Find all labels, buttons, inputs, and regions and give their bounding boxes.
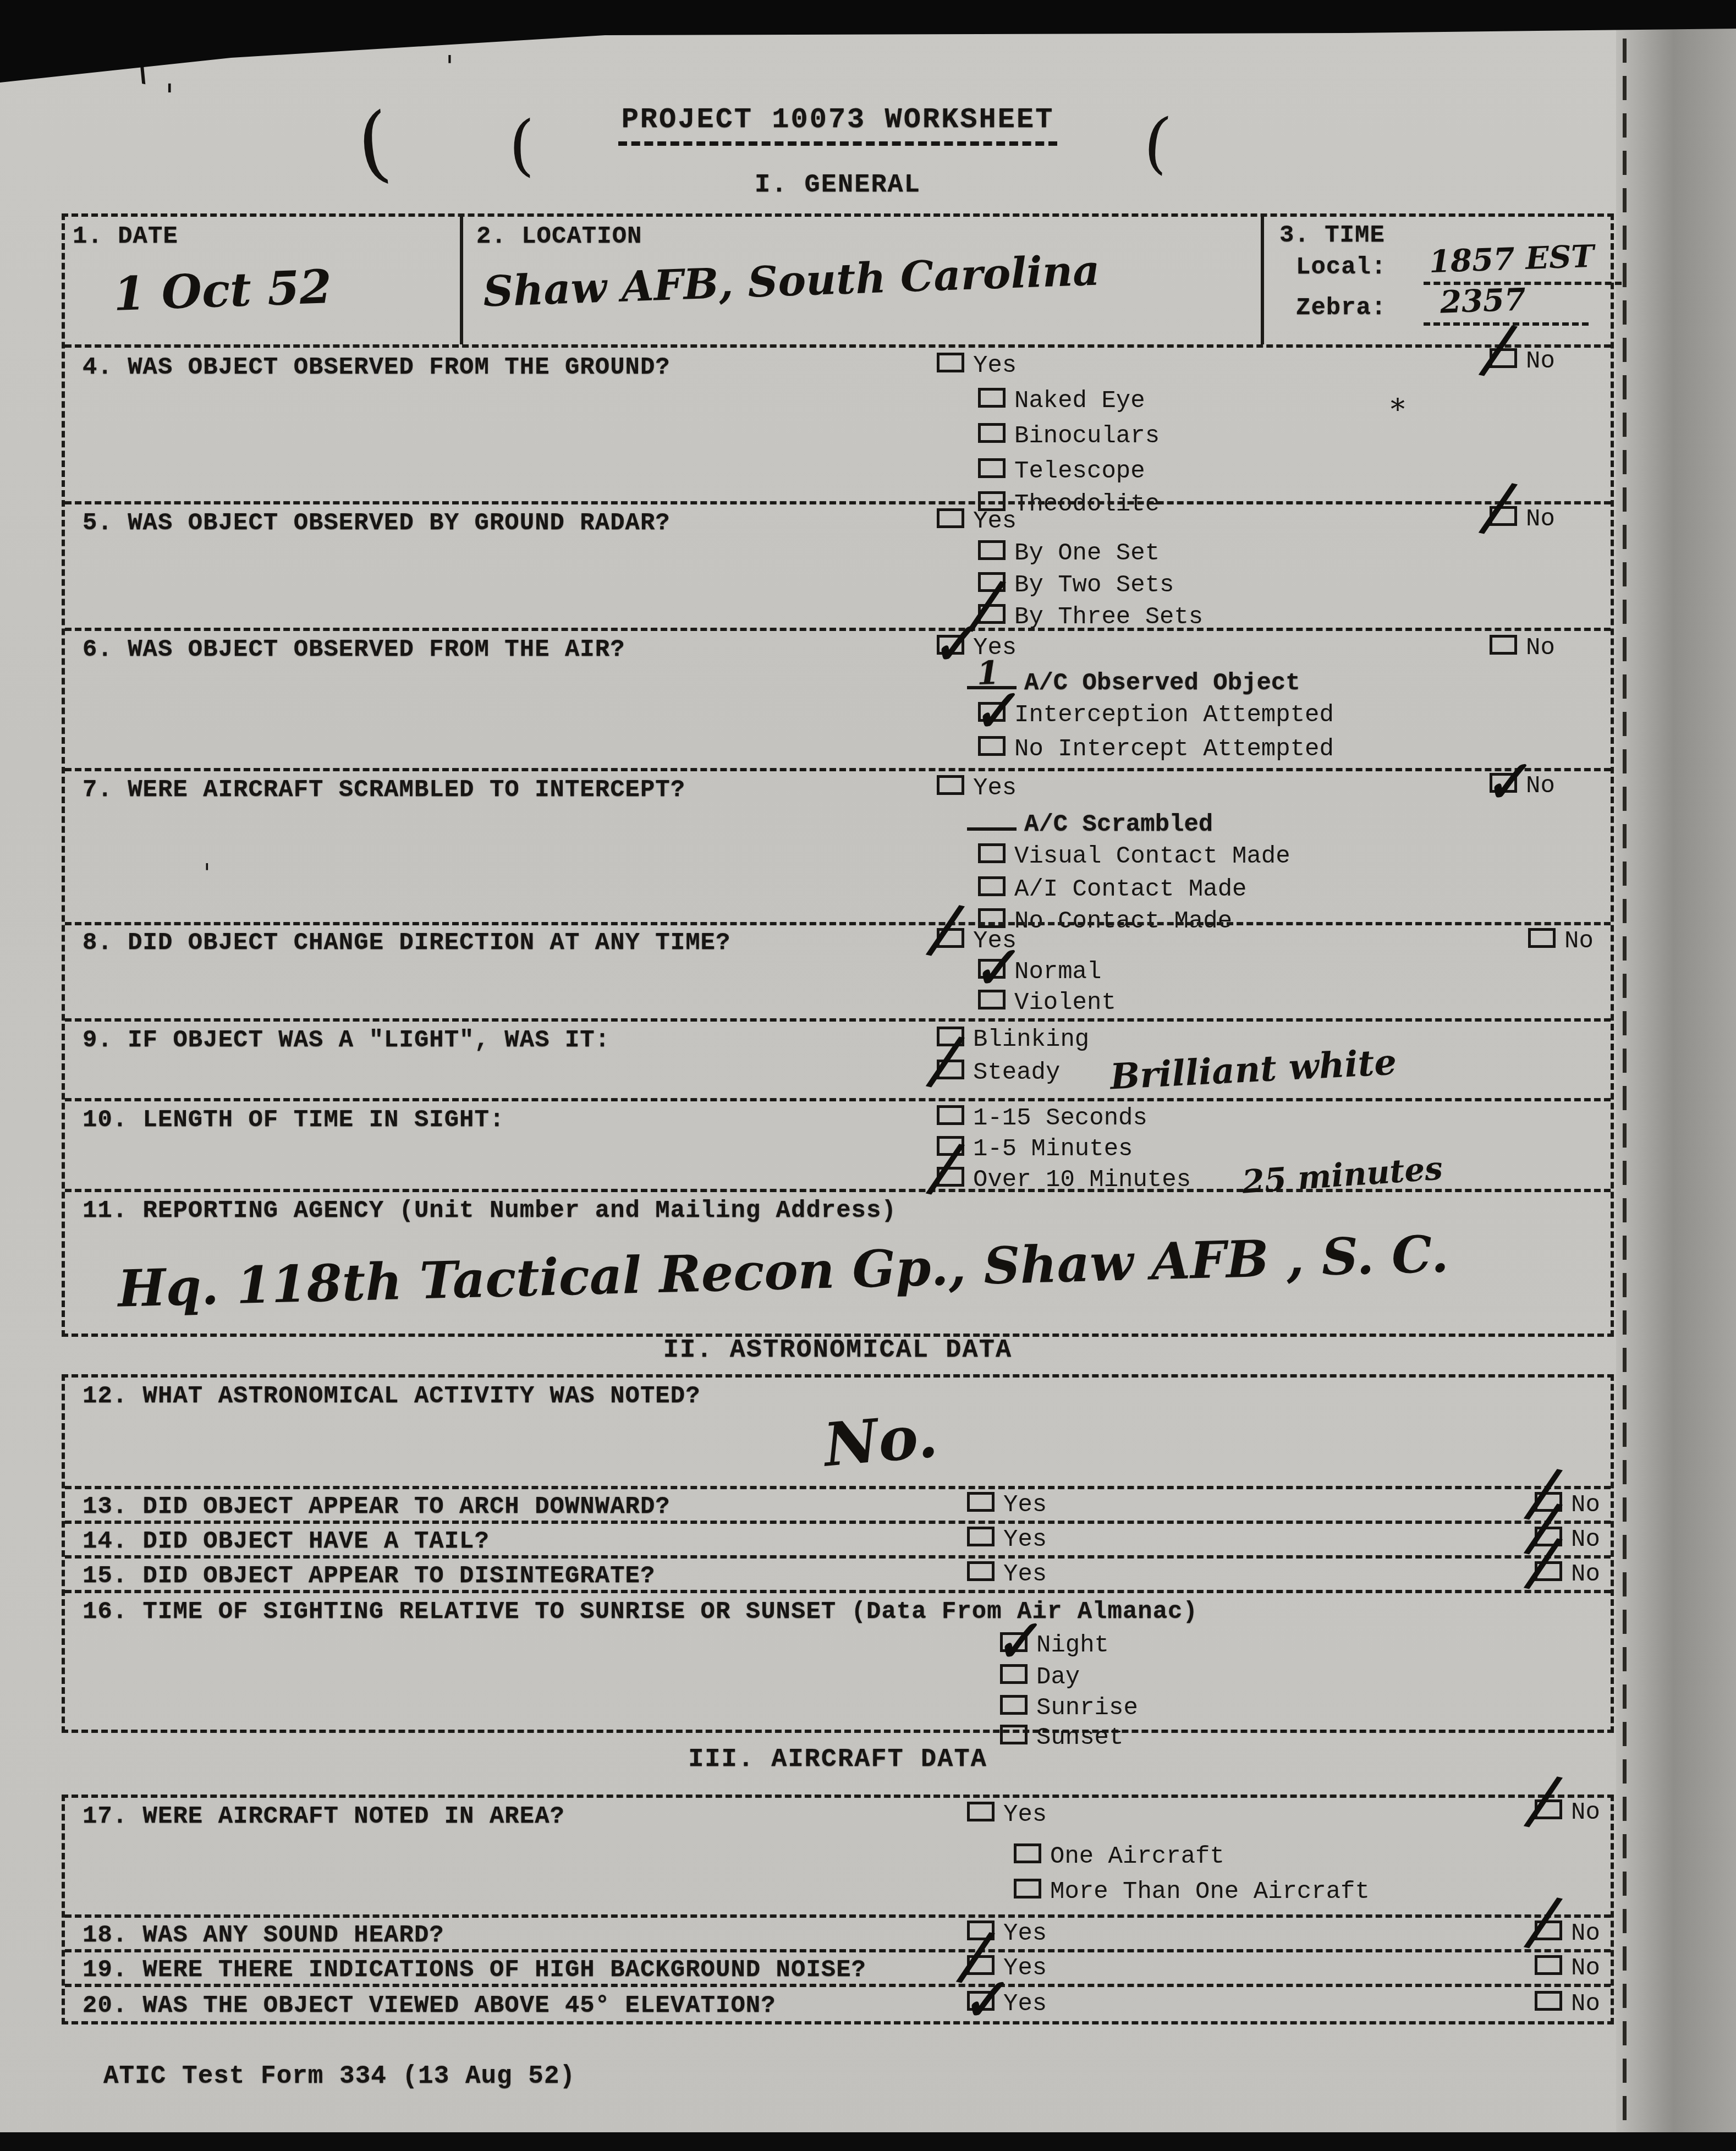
q14-no-checkbox[interactable]: No (1535, 1526, 1600, 1554)
checkbox[interactable] (1014, 1843, 1041, 1863)
q6-no-checkbox[interactable]: No (1490, 634, 1555, 662)
checkbox[interactable] (967, 1561, 995, 1581)
section-ii-heading: II. ASTRONOMICAL DATA (62, 1336, 1614, 1365)
astronomical-table: 12. WHAT ASTRONOMICAL ACTIVITY WAS NOTED… (62, 1374, 1614, 1733)
checkbox[interactable] (967, 1802, 995, 1821)
checkbox[interactable] (978, 604, 1006, 624)
local-time-value: 1857 EST (1429, 238, 1595, 280)
checkbox[interactable] (967, 1955, 995, 1975)
question-16-row: 16. TIME OF SIGHTING RELATIVE TO SUNRISE… (65, 1590, 1611, 1730)
checkbox[interactable] (1490, 635, 1517, 655)
q8-sub-normal[interactable]: Normal (978, 958, 1101, 986)
checkbox[interactable] (978, 423, 1006, 443)
question-11-row: 11. REPORTING AGENCY (Unit Number and Ma… (65, 1189, 1611, 1334)
scanned-form-page: ?. \ ' ( ( ( ' * ' PROJECT 10073 WORKSHE… (0, 0, 1736, 2151)
date-value: 1 Oct 52 (112, 259, 332, 321)
q9-steady-checkbox[interactable]: Steady (937, 1059, 1060, 1087)
reporting-agency-value: Hq. 118th Tactical Recon Gp., Shaw AFB ,… (117, 1224, 1449, 1318)
checkbox[interactable] (1490, 506, 1517, 526)
fill-in-line[interactable]: 1 (967, 667, 1017, 689)
question-6-row: 6. WAS OBJECT OBSERVED FROM THE AIR? Yes… (65, 628, 1611, 768)
section-iii-heading: III. AIRCRAFT DATA (62, 1745, 1614, 1774)
scan-bottom-band (0, 2132, 1736, 2151)
checkbox[interactable] (1535, 1920, 1562, 1940)
question-4-row: 4. WAS OBJECT OBSERVED FROM THE GROUND? … (65, 344, 1611, 501)
q19-no-checkbox[interactable]: No (1535, 1955, 1600, 1982)
page-edge-line (1623, 39, 1627, 2129)
q15-no-checkbox[interactable]: No (1535, 1561, 1600, 1588)
q18-no-checkbox[interactable]: No (1535, 1920, 1600, 1947)
q6-sub-no-intercept[interactable]: No Intercept Attempted (978, 736, 1334, 763)
column-divider (460, 217, 463, 344)
q18-yes-checkbox[interactable]: Yes (967, 1920, 1047, 1947)
section-i-heading: I. GENERAL (62, 171, 1614, 200)
q17-sub-one-aircraft[interactable]: One Aircraft (1014, 1843, 1224, 1870)
checkbox[interactable] (1535, 1799, 1562, 1819)
q6-sub-ac-observed[interactable]: 1A/C Observed Object (967, 667, 1300, 697)
q14-yes-checkbox[interactable]: Yes (967, 1526, 1047, 1554)
q7-no-checkbox[interactable]: No (1490, 772, 1555, 800)
general-table: 1. DATE 1 Oct 52 2. LOCATION Shaw AFB, S… (62, 213, 1614, 1337)
location-value: Shaw AFB, South Carolina (482, 245, 1101, 316)
fill-in-line[interactable] (967, 809, 1017, 831)
q8-no-checkbox[interactable]: No (1528, 928, 1594, 955)
checkbox[interactable] (937, 635, 964, 655)
question-14-label: 14. DID OBJECT HAVE A TAIL? (83, 1527, 490, 1556)
q4-no-checkbox[interactable]: No (1490, 348, 1555, 375)
checkbox[interactable] (978, 388, 1006, 408)
checkbox[interactable] (937, 353, 964, 372)
checkbox[interactable] (937, 1105, 964, 1125)
question-14-row: 14. DID OBJECT HAVE A TAIL? Yes No (65, 1521, 1611, 1555)
q8-sub-violent[interactable]: Violent (978, 989, 1116, 1017)
question-5-label: 5. WAS OBJECT OBSERVED BY GROUND RADAR? (83, 509, 671, 538)
question-8-row: 8. DID OBJECT CHANGE DIRECTION AT ANY TI… (65, 922, 1611, 1018)
q9-blinking-checkbox[interactable]: Blinking (937, 1026, 1089, 1053)
question-18-label: 18. WAS ANY SOUND HEARD? (83, 1921, 444, 1950)
checkbox[interactable] (978, 702, 1006, 722)
q10-1-5-minutes[interactable]: 1-5 Minutes (937, 1135, 1133, 1163)
checkbox[interactable] (967, 1991, 995, 2011)
checkbox[interactable] (967, 1527, 995, 1546)
q15-yes-checkbox[interactable]: Yes (967, 1561, 1047, 1588)
q4-sub-binoculars[interactable]: Binoculars (978, 422, 1160, 450)
q16-day-checkbox[interactable]: Day (1000, 1664, 1080, 1691)
question-9-label: 9. IF OBJECT WAS A "LIGHT", WAS IT: (83, 1026, 610, 1055)
checkbox[interactable] (978, 540, 1006, 560)
q4-sub-naked-eye[interactable]: Naked Eye (978, 387, 1145, 415)
checkbox[interactable] (978, 876, 1006, 896)
checkbox[interactable] (1000, 1725, 1028, 1744)
q4-yes-checkbox[interactable]: Yes (937, 352, 1017, 380)
checkbox[interactable] (937, 1027, 964, 1046)
question-8-label: 8. DID OBJECT CHANGE DIRECTION AT ANY TI… (83, 929, 730, 958)
checkbox[interactable] (937, 1060, 964, 1079)
question-6-label: 6. WAS OBJECT OBSERVED FROM THE AIR? (83, 635, 625, 665)
scan-top-band (0, 0, 1736, 88)
question-17-row: 17. WERE AIRCRAFT NOTED IN AREA? Yes No … (65, 1798, 1611, 1914)
q10-1-15-seconds[interactable]: 1-15 Seconds (937, 1105, 1147, 1132)
q7-sub-ai-contact[interactable]: A/I Contact Made (978, 876, 1246, 903)
checkbox[interactable] (1535, 1991, 1562, 2011)
location-label: 2. LOCATION (476, 222, 642, 251)
question-19-row: 19. WERE THERE INDICATIONS OF HIGH BACKG… (65, 1949, 1611, 1984)
question-7-label: 7. WERE AIRCRAFT SCRAMBLED TO INTERCEPT? (83, 776, 685, 805)
checkbox[interactable] (1490, 773, 1517, 793)
question-16-label: 16. TIME OF SIGHTING RELATIVE TO SUNRISE… (83, 1598, 1198, 1627)
question-12-label: 12. WHAT ASTRONOMICAL ACTIVITY WAS NOTED… (83, 1382, 701, 1411)
scan-right-edge (1616, 0, 1736, 2151)
checkbox[interactable] (1535, 1561, 1562, 1581)
q7-yes-checkbox[interactable]: Yes (937, 775, 1017, 802)
checkbox[interactable] (1490, 348, 1517, 368)
q17-yes-checkbox[interactable]: Yes (967, 1801, 1047, 1829)
question-15-row: 15. DID OBJECT APPEAR TO DISINTEGRATE? Y… (65, 1555, 1611, 1590)
question-19-label: 19. WERE THERE INDICATIONS OF HIGH BACKG… (83, 1956, 866, 1985)
question-4-label: 4. WAS OBJECT OBSERVED FROM THE GROUND? (83, 353, 671, 382)
q5-sub-one-set[interactable]: By One Set (978, 540, 1160, 567)
column-divider (1261, 217, 1264, 344)
checkbox[interactable] (1535, 1527, 1562, 1546)
q8-yes-checkbox[interactable]: Yes (937, 928, 1017, 955)
q5-sub-two-sets[interactable]: By Two Sets (978, 572, 1174, 599)
q7-sub-visual-contact[interactable]: Visual Contact Made (978, 843, 1290, 870)
time-local-label: Local: (1296, 253, 1386, 282)
question-9-row: 9. IF OBJECT WAS A "LIGHT", WAS IT: Blin… (65, 1018, 1611, 1098)
question-11-label: 11. REPORTING AGENCY (Unit Number and Ma… (83, 1197, 897, 1226)
q19-yes-checkbox[interactable]: Yes (967, 1955, 1047, 1982)
q12-answer: No. (821, 1401, 941, 1480)
q16-sunrise-checkbox[interactable]: Sunrise (1000, 1694, 1138, 1722)
time-label: 3. TIME (1279, 221, 1385, 250)
q5-yes-checkbox[interactable]: Yes (937, 508, 1017, 535)
zebra-time-value: 2357 (1440, 281, 1526, 320)
q5-sub-three-sets[interactable]: By Three Sets (978, 603, 1203, 631)
checkbox[interactable] (1535, 1955, 1562, 1975)
q13-yes-checkbox[interactable]: Yes (967, 1491, 1047, 1519)
question-13-row: 13. DID OBJECT APPEAR TO ARCH DOWNWARD? … (65, 1486, 1611, 1521)
checkbox[interactable] (978, 736, 1006, 756)
checkbox[interactable] (978, 990, 1006, 1009)
checkbox[interactable] (978, 843, 1006, 863)
checkbox[interactable] (937, 775, 964, 795)
checkbox[interactable] (937, 928, 964, 948)
time-zebra-label: Zebra: (1296, 294, 1386, 323)
checkbox[interactable] (967, 1920, 995, 1940)
q17-no-checkbox[interactable]: No (1535, 1799, 1600, 1826)
q20-yes-checkbox[interactable]: Yes (967, 1990, 1047, 2018)
question-10-row: 10. LENGTH OF TIME IN SIGHT: 1-15 Second… (65, 1098, 1611, 1189)
question-12-row: 12. WHAT ASTRONOMICAL ACTIVITY WAS NOTED… (65, 1378, 1611, 1486)
aircraft-table: 17. WERE AIRCRAFT NOTED IN AREA? Yes No … (62, 1795, 1614, 2024)
q13-no-checkbox[interactable]: No (1535, 1491, 1600, 1519)
q6-sub-interception[interactable]: Interception Attempted (978, 701, 1334, 729)
checkbox[interactable] (1000, 1695, 1028, 1715)
form-title: PROJECT 10073 WORKSHEET (618, 103, 1058, 146)
checkbox[interactable] (1528, 928, 1556, 948)
question-13-label: 13. DID OBJECT APPEAR TO ARCH DOWNWARD? (83, 1492, 671, 1522)
checkbox[interactable] (1535, 1492, 1562, 1512)
q16-night-checkbox[interactable]: Night (1000, 1632, 1109, 1659)
question-7-row: 7. WERE AIRCRAFT SCRAMBLED TO INTERCEPT?… (65, 768, 1611, 922)
q5-no-checkbox[interactable]: No (1490, 506, 1555, 533)
question-20-row: 20. WAS THE OBJECT VIEWED ABOVE 45° ELEV… (65, 1984, 1611, 2021)
question-5-row: 5. WAS OBJECT OBSERVED BY GROUND RADAR? … (65, 501, 1611, 628)
question-18-row: 18. WAS ANY SOUND HEARD? Yes No (65, 1914, 1611, 1949)
checkbox[interactable] (937, 1136, 964, 1156)
question-20-label: 20. WAS THE OBJECT VIEWED ABOVE 45° ELEV… (83, 1991, 776, 2021)
crease-mark: ' (446, 50, 454, 84)
date-label: 1. DATE (73, 222, 178, 251)
checkbox[interactable] (937, 1167, 964, 1187)
form-number-footer: ATIC Test Form 334 (13 Aug 52) (103, 2062, 575, 2090)
checkbox[interactable] (978, 959, 1006, 979)
ac-count-value: 1 (976, 654, 1000, 692)
question-10-label: 10. LENGTH OF TIME IN SIGHT: (83, 1106, 504, 1135)
row-date-location-time: 1. DATE 1 Oct 52 2. LOCATION Shaw AFB, S… (65, 217, 1611, 344)
checkbox[interactable] (937, 508, 964, 528)
checkbox[interactable] (978, 458, 1006, 478)
q17-sub-more-aircraft[interactable]: More Than One Aircraft (1014, 1878, 1370, 1906)
checkbox[interactable] (1000, 1632, 1028, 1652)
checkbox[interactable] (1014, 1879, 1041, 1898)
checkbox[interactable] (978, 572, 1006, 592)
checkbox[interactable] (967, 1492, 995, 1512)
q9-note: Brilliant white (1109, 1041, 1397, 1098)
question-15-label: 15. DID OBJECT APPEAR TO DISINTEGRATE? (83, 1562, 655, 1591)
q4-sub-telescope[interactable]: Telescope (978, 458, 1145, 485)
q7-sub-ac-scrambled[interactable]: A/C Scrambled (967, 809, 1213, 838)
checkbox[interactable] (1000, 1664, 1028, 1684)
q20-no-checkbox[interactable]: No (1535, 1990, 1600, 2018)
question-17-label: 17. WERE AIRCRAFT NOTED IN AREA? (83, 1802, 565, 1831)
